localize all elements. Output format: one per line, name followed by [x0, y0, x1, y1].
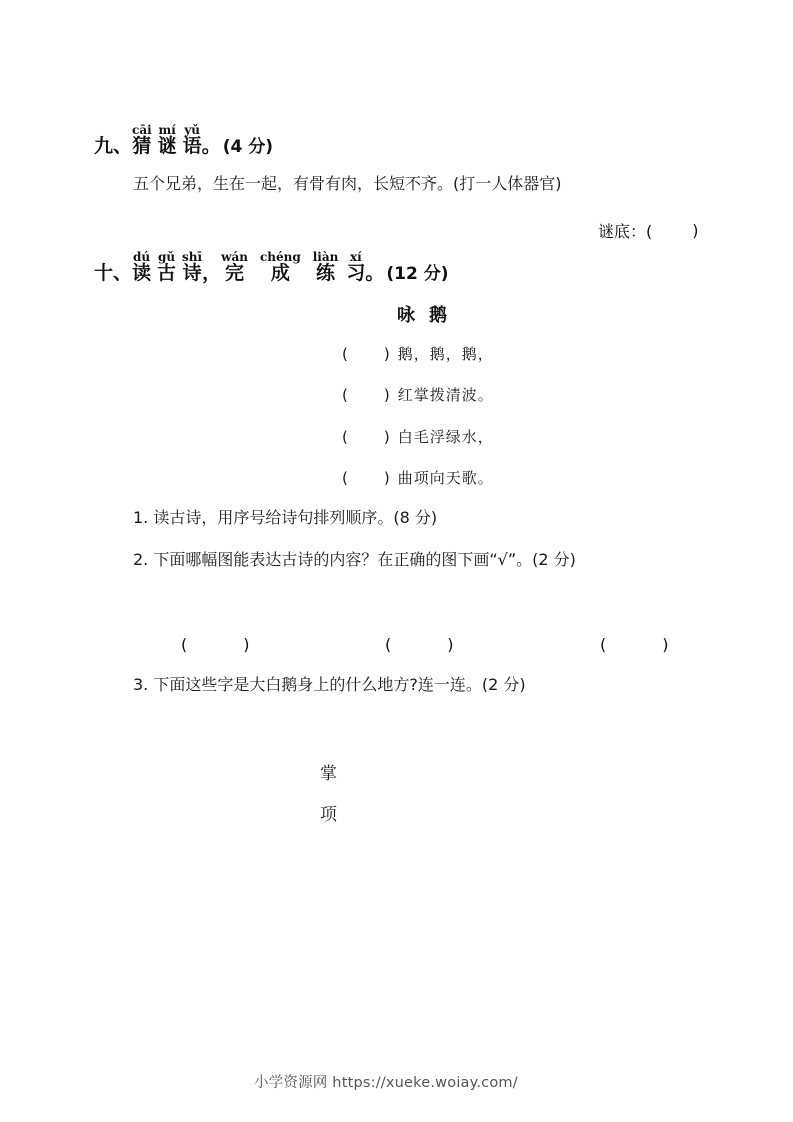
section-10-heading: 十、 dú 读 gǔ 古 shī 诗 ， wán 完 chéng 成 liàn …: [94, 251, 449, 283]
section-10-score: (12 分): [386, 266, 448, 283]
hanzi: 语: [183, 137, 202, 156]
hanzi: 练: [316, 264, 335, 283]
riddle-answer-close: ): [692, 221, 698, 240]
section-9-heading: 九、 cāi 猜 mí 谜 yǔ 语 。 (4 分): [94, 124, 273, 156]
paren-close: ): [243, 635, 249, 654]
picture-answer-3: ( ): [600, 635, 669, 654]
ruby-char: yǔ 语: [183, 124, 202, 156]
paren-close: ): [384, 469, 390, 487]
section-9-score: (4 分): [223, 139, 273, 156]
ruby-char: chéng 成: [260, 251, 301, 283]
question-1: 1. 读古诗，用序号给诗句排列顺序。(8 分): [133, 510, 437, 526]
poem-title: 咏鹅: [397, 301, 461, 327]
poem-line-text: 白毛浮绿水，: [398, 426, 494, 447]
ruby-char: liàn 练: [313, 251, 339, 283]
poem-line: ( ) 白毛浮绿水，: [342, 426, 494, 447]
section-10-number: 十、: [94, 264, 132, 283]
ruby-char: cāi 猜: [132, 124, 152, 156]
ruby-char: xí 习: [346, 251, 365, 283]
hanzi: 谜: [158, 137, 177, 156]
ruby-char: shī 诗: [182, 251, 202, 283]
riddle-answer: 谜底：( ): [598, 219, 699, 242]
riddle-text: 五个兄弟，生在一起，有骨有肉，长短不齐。(打一人体器官): [133, 176, 562, 192]
ruby-char: dú 读: [132, 251, 151, 283]
paren-close: ): [384, 345, 390, 363]
paren-close: ): [662, 635, 668, 654]
paren-open: (: [181, 635, 187, 654]
hanzi: 古: [157, 264, 176, 283]
paren-close: ): [384, 386, 390, 404]
hanzi: 读: [132, 264, 151, 283]
paren-open: (: [342, 469, 348, 487]
paren-close: ): [447, 635, 453, 654]
footer-source: 小学资源网 https://xueke.woiay.com/: [254, 1071, 518, 1092]
poem-line: ( ) 鹅，鹅，鹅，: [342, 343, 494, 364]
paren-open: (: [342, 386, 348, 404]
question-3: 3. 下面这些字是大白鹅身上的什么地方?连一连。(2 分): [133, 677, 526, 693]
ruby-char: gǔ 古: [157, 251, 176, 283]
poem-line: ( ) 曲项向天歌。: [342, 467, 494, 488]
picture-answer-2: ( ): [385, 635, 454, 654]
section-9-number: 九、: [94, 137, 132, 156]
question-2: 2. 下面哪幅图能表达古诗的内容？在正确的图下画“√”。(2 分): [133, 552, 576, 568]
match-char-neck[interactable]: 项: [320, 800, 337, 825]
match-char-palm[interactable]: 掌: [320, 759, 337, 784]
paren-open: (: [342, 345, 348, 363]
paren-close: ): [384, 428, 390, 446]
hanzi: 诗: [183, 264, 202, 283]
hanzi: 成: [271, 264, 290, 283]
ruby-char: wán 完: [221, 251, 248, 283]
hanzi: 完: [225, 264, 244, 283]
poem-line-text: 鹅，鹅，鹅，: [398, 343, 494, 364]
heading-period: 。: [202, 137, 221, 156]
paren-open: (: [600, 635, 606, 654]
picture-answer-1: ( ): [181, 635, 250, 654]
riddle-answer-label: 谜底：(: [598, 219, 652, 242]
poem-line-text: 曲项向天歌。: [398, 467, 494, 488]
ruby-char: mí 谜: [158, 124, 177, 156]
paren-open: (: [385, 635, 391, 654]
poem-line: ( ) 红掌拨清波。: [342, 384, 494, 405]
heading-period: 。: [365, 264, 384, 283]
poem-line-text: 红掌拨清波。: [398, 384, 494, 405]
hanzi: 习: [346, 264, 365, 283]
heading-comma: ，: [202, 264, 221, 283]
hanzi: 猜: [132, 137, 151, 156]
paren-open: (: [342, 428, 348, 446]
